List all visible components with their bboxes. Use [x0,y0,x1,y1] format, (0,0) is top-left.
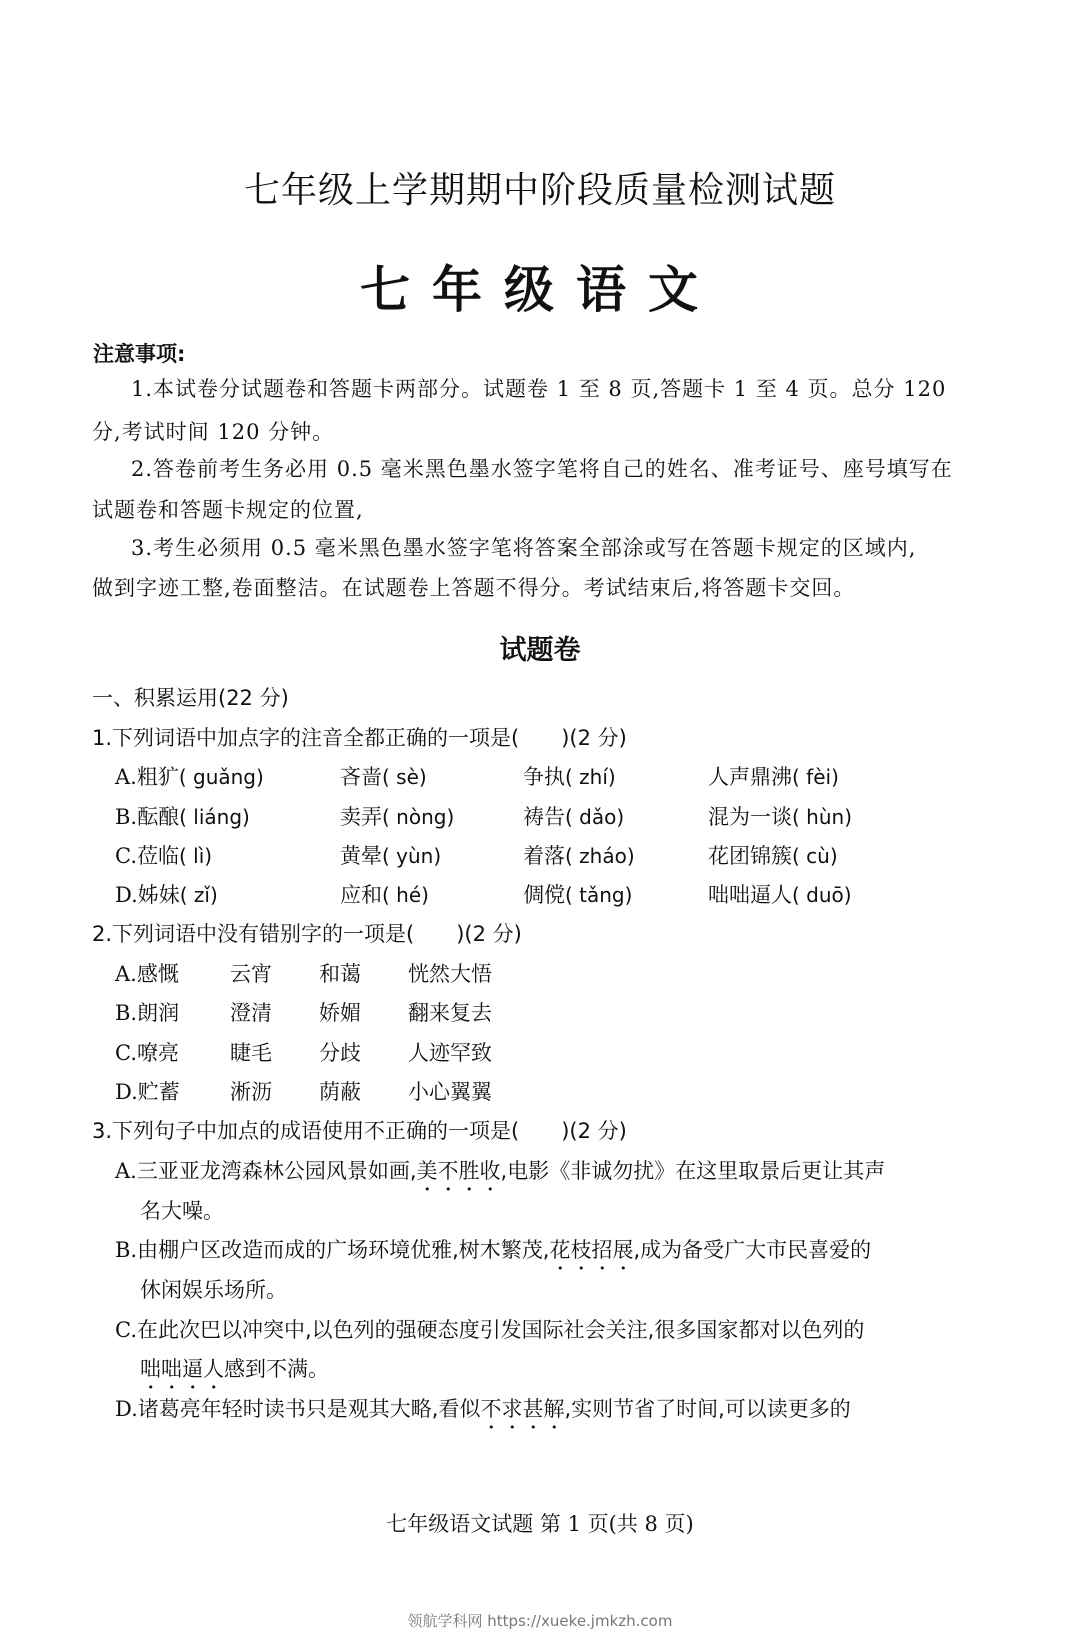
word: 和蔼 [319,958,361,988]
word: 朗润 [137,1001,179,1025]
word: 娇媚 [319,997,361,1027]
note-1-line-2: 分,考试时间 120 分钟。 [92,416,334,446]
pinyin: ( duō) [792,883,852,907]
dotted-idiom: 花枝招展 [549,1238,633,1262]
sentence-text: 诸葛亮年轻时读书只是观其大略,看似 [138,1397,481,1421]
word: 嘹亮 [137,1041,179,1065]
pinyin: ( cù) [792,844,838,868]
pinyin: ( dǎo) [565,805,624,829]
q1-option-d[interactable]: D.姊妹( zǐ) [115,879,218,909]
word: 咄咄逼人 [708,883,792,907]
sentence-text: 在此次巴以冲突中,以色列的强硬态度引发国际社会关注,很多国家都对以色列的 [137,1318,864,1342]
pinyin: ( nòng) [382,805,454,829]
word: 感慨 [137,962,179,986]
note-1-line-1: 1.本试卷分试题卷和答题卡两部分。试题卷 1 至 8 页,答题卡 1 至 4 页… [131,373,946,403]
q1-a-item-3: 争执( zhí) [523,761,616,791]
pinyin: ( zǐ) [180,883,218,907]
sentence-text: 感到不满。 [224,1357,329,1381]
pinyin: ( hé) [382,883,429,907]
q1-b-item-3: 祷告( dǎo) [523,801,624,831]
word: 分歧 [319,1037,361,1067]
q1-a-item-4: 人声鼎沸( fèi) [708,761,839,791]
option-letter: C. [115,1318,137,1342]
q1-b-item-2: 卖弄( nòng) [340,801,454,831]
word: 黄晕 [340,844,382,868]
word: 花团锦簇 [708,844,792,868]
word: 应和 [340,883,382,907]
q1-b-item-4: 混为一谈( hùn) [708,801,852,831]
word: 莅临 [137,844,179,868]
word: 混为一谈 [708,805,792,829]
note-3-line-2: 做到字迹工整,卷面整洁。在试题卷上答题不得分。考试结束后,将答题卡交回。 [92,572,855,602]
word: 贮蓄 [138,1080,180,1104]
q1-c-item-2: 黄晕( yùn) [340,840,441,870]
q3-option-a-line-2: 名大噪。 [140,1195,224,1225]
q1-d-item-2: 应和( hé) [340,879,429,909]
q1-option-c[interactable]: C.莅临( lì) [115,840,212,870]
sentence-text: ,实则节省了时间,可以读更多的 [564,1397,850,1421]
word: 倜傥 [523,883,565,907]
word: 小心翼翼 [408,1076,492,1106]
word: 恍然大悟 [408,958,492,988]
dotted-idiom: 美不胜收 [417,1159,501,1183]
part-heading: 一、积累运用(22 分) [92,682,289,712]
word: 姊妹 [138,883,180,907]
q1-c-item-4: 花团锦簇( cù) [708,840,838,870]
word: 祷告 [523,805,565,829]
pinyin: ( fèi) [792,765,839,789]
option-letter: D. [115,883,138,907]
word: 翻来复去 [408,997,492,1027]
pinyin: ( yùn) [382,844,441,868]
q1-d-item-4: 咄咄逼人( duō) [708,879,852,909]
sentence-text: 三亚亚龙湾森林公园风景如画, [137,1159,417,1183]
word: 荫蔽 [319,1076,361,1106]
note-3-line-1: 3.考生必须用 0.5 毫米黑色墨水签字笔将答案全部涂或写在答题卡规定的区域内, [131,532,916,562]
q1-d-item-3: 倜傥( tǎng) [523,879,632,909]
q2-option-b[interactable]: B.朗润 [115,997,179,1027]
option-letter: A. [115,962,137,986]
word: 淅沥 [230,1076,272,1106]
q2-option-a[interactable]: A.感慨 [115,958,179,988]
note-2-line-2: 试题卷和答题卡规定的位置, [92,494,364,524]
note-2-line-1: 2.答卷前考生务必用 0.5 毫米黑色墨水签字笔将自己的姓名、准考证号、座号填写… [131,453,953,483]
page-footer: 七年级语文试题 第 1 页(共 8 页) [0,1508,1080,1538]
option-letter: D. [115,1080,138,1104]
question-2-stem: 2.下列词语中没有错别字的一项是( )(2 分) [92,918,522,948]
sentence-text: 由棚户区改造而成的广场环境优雅,树木繁茂, [137,1238,549,1262]
question-1-stem: 1.下列词语中加点字的注音全都正确的一项是( )(2 分) [92,722,627,752]
exam-subtitle: 七年级上学期期中阶段质量检测试题 [0,162,1080,213]
option-letter: C. [115,844,137,868]
option-letter: B. [115,805,137,829]
q1-option-a[interactable]: A.粗犷( guǎng) [115,761,264,791]
word: 澄清 [230,997,272,1027]
exam-page: 七年级上学期期中阶段质量检测试题 七年级语文 注意事项: 1.本试卷分试题卷和答… [0,0,1080,1652]
word: 云宵 [230,958,272,988]
q3-option-c[interactable]: C.在此次巴以冲突中,以色列的强硬态度引发国际社会关注,很多国家都对以色列的 [115,1314,864,1344]
option-letter: B. [115,1238,137,1262]
option-letter: C. [115,1041,137,1065]
option-letter: A. [115,1159,137,1183]
word: 人声鼎沸 [708,765,792,789]
notes-heading: 注意事项: [93,338,185,368]
word: 酝酿 [137,805,179,829]
exam-title: 七年级语文 [0,250,1080,322]
sentence-text: ,成为备受广大市民喜爱的 [633,1238,871,1262]
pinyin: ( zháo) [565,844,635,868]
section-title: 试题卷 [0,628,1080,667]
option-letter: B. [115,1001,137,1025]
sentence-text: ,电影《非诚勿扰》在这里取景后更让其声 [501,1159,886,1183]
pinyin: ( liáng) [179,805,250,829]
q3-option-b-line-2: 休闲娱乐场所。 [140,1274,287,1304]
watermark: 领航学科网 https://xueke.jmkzh.com [0,1610,1080,1631]
word: 睫毛 [230,1037,272,1067]
q2-option-d[interactable]: D.贮蓄 [115,1076,180,1106]
pinyin: ( hùn) [792,805,852,829]
word: 人迹罕致 [408,1037,492,1067]
q3-option-b[interactable]: B.由棚户区改造而成的广场环境优雅,树木繁茂,花枝招展,成为备受广大市民喜爱的 [115,1234,871,1275]
option-letter: D. [115,1397,138,1421]
pinyin: ( sè) [382,765,427,789]
word: 吝啬 [340,765,382,789]
question-3-stem: 3.下列句子中加点的成语使用不正确的一项是( )(2 分) [92,1115,627,1145]
q3-option-a[interactable]: A.三亚亚龙湾森林公园风景如画,美不胜收,电影《非诚勿扰》在这里取景后更让其声 [115,1155,885,1196]
option-letter: A. [115,765,137,789]
dotted-idiom: 咄咄逼人 [140,1357,224,1381]
pinyin: ( lì) [179,844,212,868]
pinyin: ( zhí) [565,765,616,789]
q3-option-d[interactable]: D.诸葛亮年轻时读书只是观其大略,看似不求甚解,实则节省了时间,可以读更多的 [115,1393,851,1434]
q1-a-item-2: 吝啬( sè) [340,761,427,791]
q3-option-c-line-2: 咄咄逼人感到不满。 [140,1353,329,1394]
q1-option-b[interactable]: B.酝酿( liáng) [115,801,250,831]
word: 着落 [523,844,565,868]
dotted-idiom: 不求甚解 [480,1397,564,1421]
word: 卖弄 [340,805,382,829]
pinyin: ( tǎng) [565,883,632,907]
pinyin: ( guǎng) [179,765,264,789]
q1-c-item-3: 着落( zháo) [523,840,635,870]
q2-option-c[interactable]: C.嘹亮 [115,1037,179,1067]
word: 争执 [523,765,565,789]
word: 粗犷 [137,765,179,789]
